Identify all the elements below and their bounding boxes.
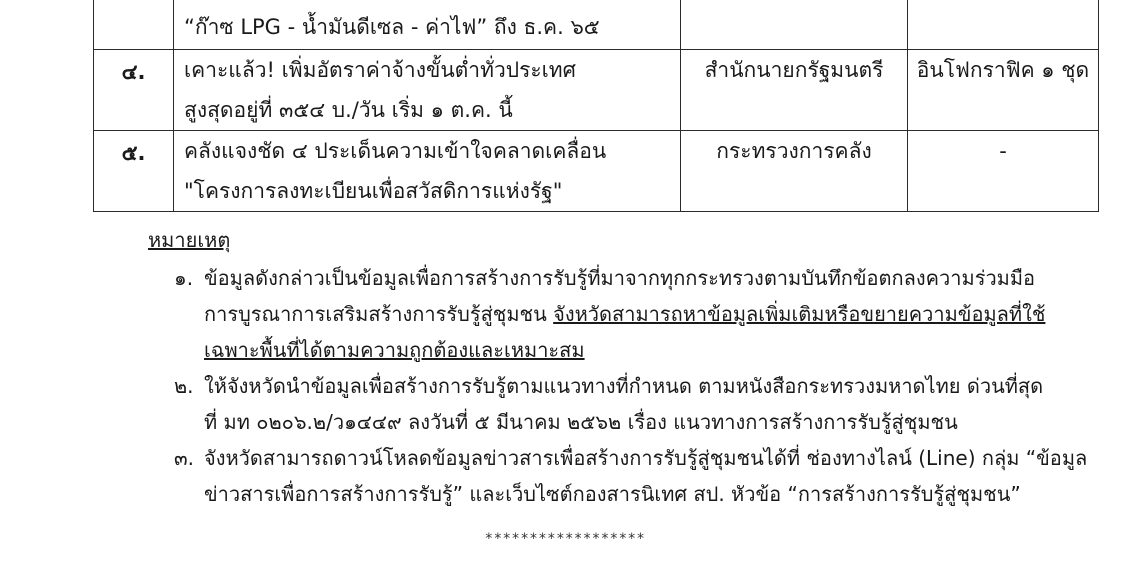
news-items-table: ๓. (บรรทัดแรกถูกตัดออกจากภาพ) “ก๊าซ LPG … <box>93 0 1099 212</box>
row-number: ๓. <box>94 0 174 50</box>
row-title: เคาะแล้ว! เพิ่มอัตราค่าจ้างขั้นต่ำทั่วปร… <box>174 50 681 131</box>
note-text: ข้อมูลดังกล่าวเป็นข้อมูลเพื่อการสร้างการ… <box>204 266 1035 290</box>
row-media: - <box>908 131 1099 212</box>
note-text: ที่ มท ๐๒๐๖.๒/ว๑๔๔๙ ลงวันที่ ๕ มีนาคม ๒๕… <box>204 410 958 434</box>
note-line: ที่ มท ๐๒๐๖.๒/ว๑๔๔๙ ลงวันที่ ๕ มีนาคม ๒๕… <box>204 404 1048 440</box>
note-text-underlined: จังหวัดสามารถหาข้อมูลเพิ่มเติมหรือขยายคว… <box>553 302 1045 326</box>
row-title: (บรรทัดแรกถูกตัดออกจากภาพ) “ก๊าซ LPG - น… <box>174 0 681 50</box>
note-item: ๒. ให้จังหวัดนำข้อมูลเพื่อสร้างการรับรู้… <box>174 368 1048 440</box>
note-line: การบูรณาการเสริมสร้างการรับรู้สู่ชุมชน จ… <box>204 296 1048 332</box>
note-number: ๑. <box>174 260 204 368</box>
note-line: จังหวัดสามารถดาวน์โหลดข้อมูลข่าวสารเพื่อ… <box>204 440 1087 476</box>
note-number: ๓. <box>174 440 204 512</box>
note-text: ให้จังหวัดนำข้อมูลเพื่อสร้างการรับรู้ตาม… <box>204 374 1043 398</box>
row-title-line: "โครงการลงทะเบียนเพื่อสวัสดิการแห่งรัฐ" <box>184 171 680 211</box>
row-title-line: เคาะแล้ว! เพิ่มอัตราค่าจ้างขั้นต่ำทั่วปร… <box>184 50 680 90</box>
row-title: คลังแจงชัด ๔ ประเด็นความเข้าใจคลาดเคลื่อ… <box>174 131 681 212</box>
note-body: ข้อมูลดังกล่าวเป็นข้อมูลเพื่อการสร้างการ… <box>204 260 1048 368</box>
row-agency: กระทรวงการคลัง <box>681 131 908 212</box>
note-item: ๓. จังหวัดสามารถดาวน์โหลดข้อมูลข่าวสารเพ… <box>174 440 1048 512</box>
note-body: จังหวัดสามารถดาวน์โหลดข้อมูลข่าวสารเพื่อ… <box>204 440 1087 512</box>
row-agency <box>681 0 908 50</box>
row-media: อินโฟกราฟิค ๑ ชุด <box>908 50 1099 131</box>
end-of-document-marker: ****************** <box>0 531 1130 547</box>
table-row: ๕. คลังแจงชัด ๔ ประเด็นความเข้าใจคลาดเคล… <box>94 131 1099 212</box>
row-title-line: สูงสุดอยู่ที่ ๓๕๔ บ./วัน เริ่ม ๑ ต.ค. นี… <box>184 90 680 130</box>
note-line: ข้อมูลดังกล่าวเป็นข้อมูลเพื่อการสร้างการ… <box>204 260 1048 296</box>
note-text: ข่าวสารเพื่อการสร้างการรับรู้” และเว็บไซ… <box>204 482 1021 506</box>
row-title-line: “ก๊าซ LPG - น้ำมันดีเซล - ค่าไฟ” ถึง ธ.ค… <box>184 7 680 47</box>
note-text: การบูรณาการเสริมสร้างการรับรู้สู่ชุมชน <box>204 302 553 326</box>
note-number: ๒. <box>174 368 204 440</box>
row-number: ๕. <box>94 131 174 212</box>
note-item: ๑. ข้อมูลดังกล่าวเป็นข้อมูลเพื่อการสร้าง… <box>174 260 1048 368</box>
note-line: ข่าวสารเพื่อการสร้างการรับรู้” และเว็บไซ… <box>204 476 1087 512</box>
note-body: ให้จังหวัดนำข้อมูลเพื่อสร้างการรับรู้ตาม… <box>204 368 1048 440</box>
notes-section: หมายเหตุ ๑. ข้อมูลดังกล่าวเป็นข้อมูลเพื่… <box>148 222 1048 512</box>
note-line: เฉพาะพื้นที่ได้ตามความถูกต้องและเหมาะสม <box>204 332 1048 368</box>
note-line: ให้จังหวัดนำข้อมูลเพื่อสร้างการรับรู้ตาม… <box>204 368 1048 404</box>
row-number: ๔. <box>94 50 174 131</box>
note-text-underlined: เฉพาะพื้นที่ได้ตามความถูกต้องและเหมาะสม <box>204 338 585 362</box>
row-agency: สำนักนายกรัฐมนตรี <box>681 50 908 131</box>
row-title-line: คลังแจงชัด ๔ ประเด็นความเข้าใจคลาดเคลื่อ… <box>184 131 680 171</box>
note-text: จังหวัดสามารถดาวน์โหลดข้อมูลข่าวสารเพื่อ… <box>204 446 1087 470</box>
table-row: ๔. เคาะแล้ว! เพิ่มอัตราค่าจ้างขั้นต่ำทั่… <box>94 50 1099 131</box>
table-row: ๓. (บรรทัดแรกถูกตัดออกจากภาพ) “ก๊าซ LPG … <box>94 0 1099 50</box>
notes-heading: หมายเหตุ <box>148 222 1048 258</box>
row-media <box>908 0 1099 50</box>
